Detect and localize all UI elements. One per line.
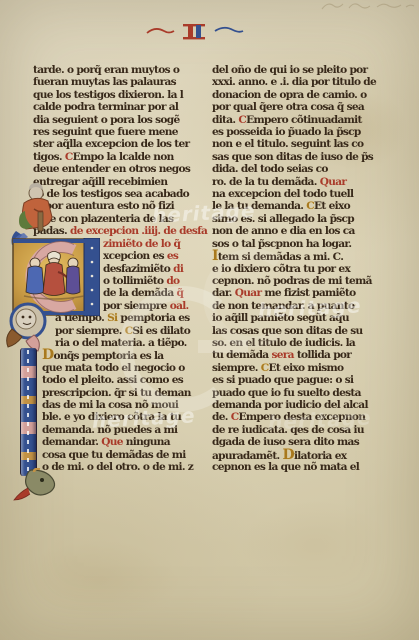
- parchment-stain: [20, 540, 180, 620]
- body-text: non e el titulo. seguint las co: [212, 138, 363, 150]
- rubric-text: zimiẽto de lo q̃: [103, 238, 180, 250]
- text-line: deue entender en otros negos: [33, 163, 205, 175]
- body-text: ninguna: [123, 436, 170, 448]
- body-text: le la tu demanda.: [212, 200, 306, 212]
- text-line: ster aq̃lla excepcion de los ter: [33, 138, 205, 150]
- body-text: Et eixo: [314, 200, 350, 212]
- body-text: demanda. nõ puedes a mi: [42, 424, 177, 436]
- body-text: donacion de opra de camio. o: [212, 89, 367, 101]
- text-line: sas que son ditas de iuso de p̃s: [212, 151, 396, 163]
- body-text: res seguint que fuere mene: [33, 126, 178, 138]
- body-text: que los testigos dixieron. la l: [33, 89, 183, 101]
- body-text: sas que son ditas de iuso de p̃s: [212, 151, 373, 163]
- body-text: ro. de la tu demãda.: [212, 176, 320, 188]
- chapter-numeral-ornament: II: [143, 20, 247, 44]
- text-line: non de anno e dia en los ca: [212, 225, 396, 237]
- gilded-initial: C: [306, 200, 314, 212]
- text-line: del oño de qui io se pleito por: [212, 64, 396, 76]
- body-text: de re iudicata. qes de cosa iu: [212, 424, 364, 436]
- text-line: xxxi. anno. e .i. dia por titulo de: [212, 76, 396, 88]
- text-line: cepnon es la que nõ mata el: [212, 461, 396, 473]
- text-line: fueran muytas las palauras: [33, 76, 205, 88]
- dragon-head-ornament: [10, 468, 62, 504]
- text-line: cosa que tu demãdas de mi: [42, 449, 205, 461]
- text-line: dia seguient o pora los sogẽ: [33, 114, 205, 126]
- rubric-text: Que: [101, 436, 123, 448]
- text-line: demanda. nõ puedes a mi: [42, 424, 205, 436]
- margin-bar-ornament: [20, 348, 37, 476]
- body-text: cepnon es la que nõ mata el: [212, 461, 359, 473]
- body-text: calde podra terminar por al: [33, 101, 178, 113]
- rubric-text: C: [65, 151, 73, 163]
- text-line: dita. CEmpero cõtinuadamit: [212, 114, 396, 126]
- pen-trial-inscription: [320, 1, 415, 17]
- body-text: na excepcion del todo tuell: [212, 188, 353, 200]
- body-text: o de mi. o del otro. o de mi. z: [42, 461, 193, 473]
- text-line: tarde. o porq̃ eran muytos o: [33, 64, 205, 76]
- body-text: ster aq̃lla excepcion de los ter: [33, 138, 189, 150]
- body-text: Empero cõtinuadamit: [246, 114, 362, 126]
- text-line: dgada de iuso sera dito mas: [212, 436, 396, 448]
- body-text: ilatoria ex: [294, 450, 346, 462]
- body-text: deue entender en otros negos: [33, 163, 190, 175]
- body-text: demandar.: [42, 436, 101, 448]
- rubric-text: de excepcion .iiij. de desfa: [70, 225, 207, 237]
- text-line: simo es. si allegado la p̃scp: [212, 213, 396, 225]
- text-line: desfazimiẽto di: [103, 263, 205, 275]
- text-line: es posseida io p̃uado la p̃scp: [212, 126, 396, 138]
- body-text: tigos.: [33, 151, 65, 163]
- rubric-text: es: [167, 250, 178, 262]
- body-text: del oño de qui io se pleito por: [212, 64, 367, 76]
- body-text: fueran muytas las palauras: [33, 76, 176, 88]
- text-line: o de mi. o del otro. o de mi. z: [42, 461, 205, 473]
- watermark-logo-ring: [192, 242, 304, 354]
- parchment-stain: [240, 500, 390, 590]
- text-line: le la tu demanda. CEt eixo: [212, 200, 396, 212]
- body-text: cosa que tu demãdas de mi: [42, 449, 186, 461]
- manuscript-page-photo: II tarde. o porq̃ eran muytos ofueran mu…: [0, 0, 419, 640]
- body-text: dida. del todo seias co: [212, 163, 328, 175]
- text-line: ro. de la tu demãda. Quar: [212, 176, 396, 188]
- text-line: donacion de opra de camio. o: [212, 89, 396, 101]
- text-line: demandar. Que ninguna: [42, 436, 205, 448]
- text-line: na excepcion del todo tuell: [212, 188, 396, 200]
- body-text: xcepcion es: [103, 250, 167, 262]
- text-line: de re iudicata. qes de cosa iu: [212, 424, 396, 436]
- body-text: por qual q̃ere otra cosa q̃ sea: [212, 101, 364, 113]
- rubric-text: di: [173, 263, 183, 275]
- rubric-text: Quar: [320, 176, 347, 188]
- text-line: por qual q̃ere otra cosa q̃ sea: [212, 101, 396, 113]
- body-text: tarde. o porq̃ eran muytos o: [33, 64, 179, 76]
- body-text: dita.: [212, 114, 238, 126]
- body-text: Et eixo mismo: [268, 362, 343, 374]
- body-text: xxxi. anno. e .i. dia por titulo de: [212, 76, 376, 88]
- text-line: non e el titulo. seguint las co: [212, 138, 396, 150]
- text-line: zimiẽto de lo q̃: [103, 238, 205, 250]
- body-text: non de anno e dia en los ca: [212, 225, 355, 237]
- text-line: apuradamẽt. Dilatoria ex: [212, 449, 396, 461]
- text-line: que los testigos dixieron. la l: [33, 89, 205, 101]
- body-text: simo es. si allegado la p̃scp: [212, 213, 354, 225]
- text-line: xcepcion es es: [103, 250, 205, 262]
- text-line: tigos. CEmpo la lcalde non: [33, 151, 205, 163]
- body-text: apuradamẽt.: [212, 450, 283, 462]
- body-text: es posseida io p̃uado la p̃scp: [212, 126, 361, 138]
- body-text: dia seguient o pora los sogẽ: [33, 114, 180, 126]
- body-text: Empo la lcalde non: [73, 151, 174, 163]
- text-line: dida. del todo seias co: [212, 163, 396, 175]
- text-line: res seguint que fuere mene: [33, 126, 205, 138]
- text-line: calde podra terminar por al: [33, 101, 205, 113]
- body-text: desfazimiẽto: [103, 263, 173, 275]
- rubric-text: C: [238, 114, 246, 126]
